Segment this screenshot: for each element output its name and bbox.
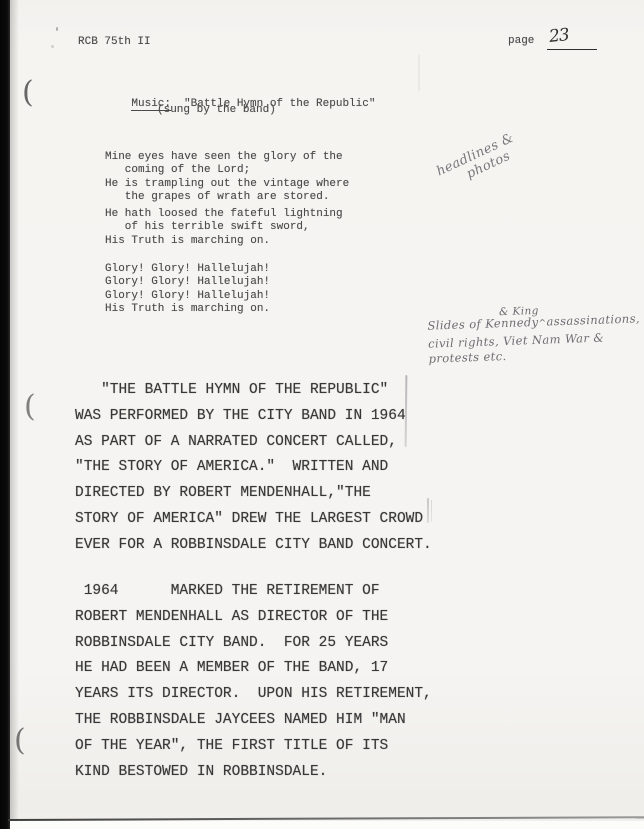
lyrics-chorus: Glory! Glory! Hallelujah! Glory! Glory! … bbox=[105, 263, 270, 317]
pencil-mark-vertical-2 bbox=[427, 498, 429, 523]
document-page: RCB 75th II page 23 Music:"Battle Hymn o… bbox=[0, 0, 644, 829]
page-label: page bbox=[508, 35, 534, 48]
pencil-mark-vertical-3 bbox=[431, 500, 432, 522]
scan-speckle-2 bbox=[51, 45, 54, 48]
annotation-headlines-photos: headlines & photos bbox=[434, 131, 522, 193]
narration-paragraph-1: "THE BATTLE HYMN OF THE REPUBLIC" WAS PE… bbox=[75, 378, 432, 559]
lyrics-verse-2: He hath loosed the fateful lightning of … bbox=[105, 208, 343, 248]
scan-edge-left-shadow bbox=[10, 0, 19, 829]
scan-speckle-1 bbox=[56, 27, 58, 31]
margin-paren-mark-1: ( bbox=[22, 78, 34, 108]
scan-edge-left bbox=[0, 0, 10, 829]
music-subtitle: (sung by the band) bbox=[157, 104, 276, 117]
margin-paren-mark-2: ( bbox=[24, 392, 36, 422]
margin-paren-mark-3: ( bbox=[14, 726, 26, 756]
page-number-handwritten: 23 bbox=[548, 25, 570, 47]
annotation-slides: & King Slides of Kennedy^assassinations,… bbox=[427, 311, 641, 367]
annotation-slides-insert: & King bbox=[499, 304, 539, 321]
document-id: RCB 75th II bbox=[78, 36, 151, 49]
lyrics-verse-1: Mine eyes have seen the glory of the com… bbox=[105, 151, 349, 205]
scan-streak-1 bbox=[418, 55, 420, 91]
scan-bottom-margin bbox=[10, 821, 644, 829]
narration-paragraph-2: 1964 MARKED THE RETIREMENT OF ROBERT MEN… bbox=[75, 579, 432, 785]
